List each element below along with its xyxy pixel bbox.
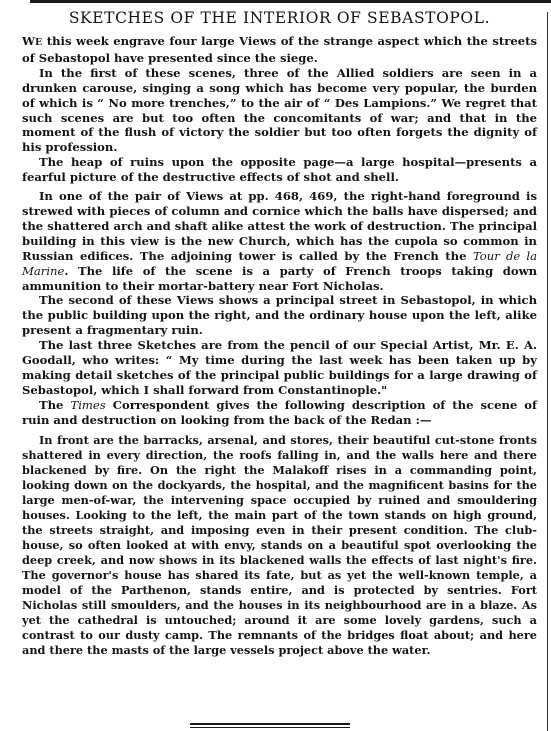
paragraph-goodall: The last three Sketches are from the pen…: [22, 338, 537, 398]
paragraph-times: The Times Correspondent gives the follow…: [22, 398, 537, 428]
dropcap: W: [22, 34, 35, 48]
top-rule: [30, 0, 551, 3]
paragraph-hospital: The heap of ruins upon the opposite page…: [22, 155, 537, 185]
article: SKETCHES OF THE INTERIOR OF SEBASTOPOL. …: [22, 8, 537, 658]
paragraph-street: The second of these Views shows a princi…: [22, 293, 537, 338]
end-rule: [190, 723, 350, 729]
paragraph-carouse: In the first of these scenes, three of t…: [22, 66, 537, 155]
paragraph-text: this week engrave four large Views of th…: [22, 34, 537, 65]
end-rule-thick: [190, 723, 350, 725]
paragraph-text: In one of the pair of Views at pp. 468, …: [22, 189, 537, 263]
paragraph-intro: WE this week engrave four large Views of…: [22, 34, 537, 66]
end-rule-thin: [190, 727, 350, 728]
headline: SKETCHES OF THE INTERIOR OF SEBASTOPOL.: [22, 8, 537, 28]
article-body: WE this week engrave four large Views of…: [22, 34, 537, 658]
paragraph-text: The: [39, 398, 70, 412]
paragraph-text: . The life of the scene is a party of Fr…: [22, 264, 537, 293]
column-rule: [547, 12, 548, 731]
paragraph-church: In one of the pair of Views at pp. 468, …: [22, 189, 537, 293]
quotation: In front are the barracks, arsenal, and …: [22, 433, 537, 658]
italic-text: Times: [70, 398, 105, 412]
